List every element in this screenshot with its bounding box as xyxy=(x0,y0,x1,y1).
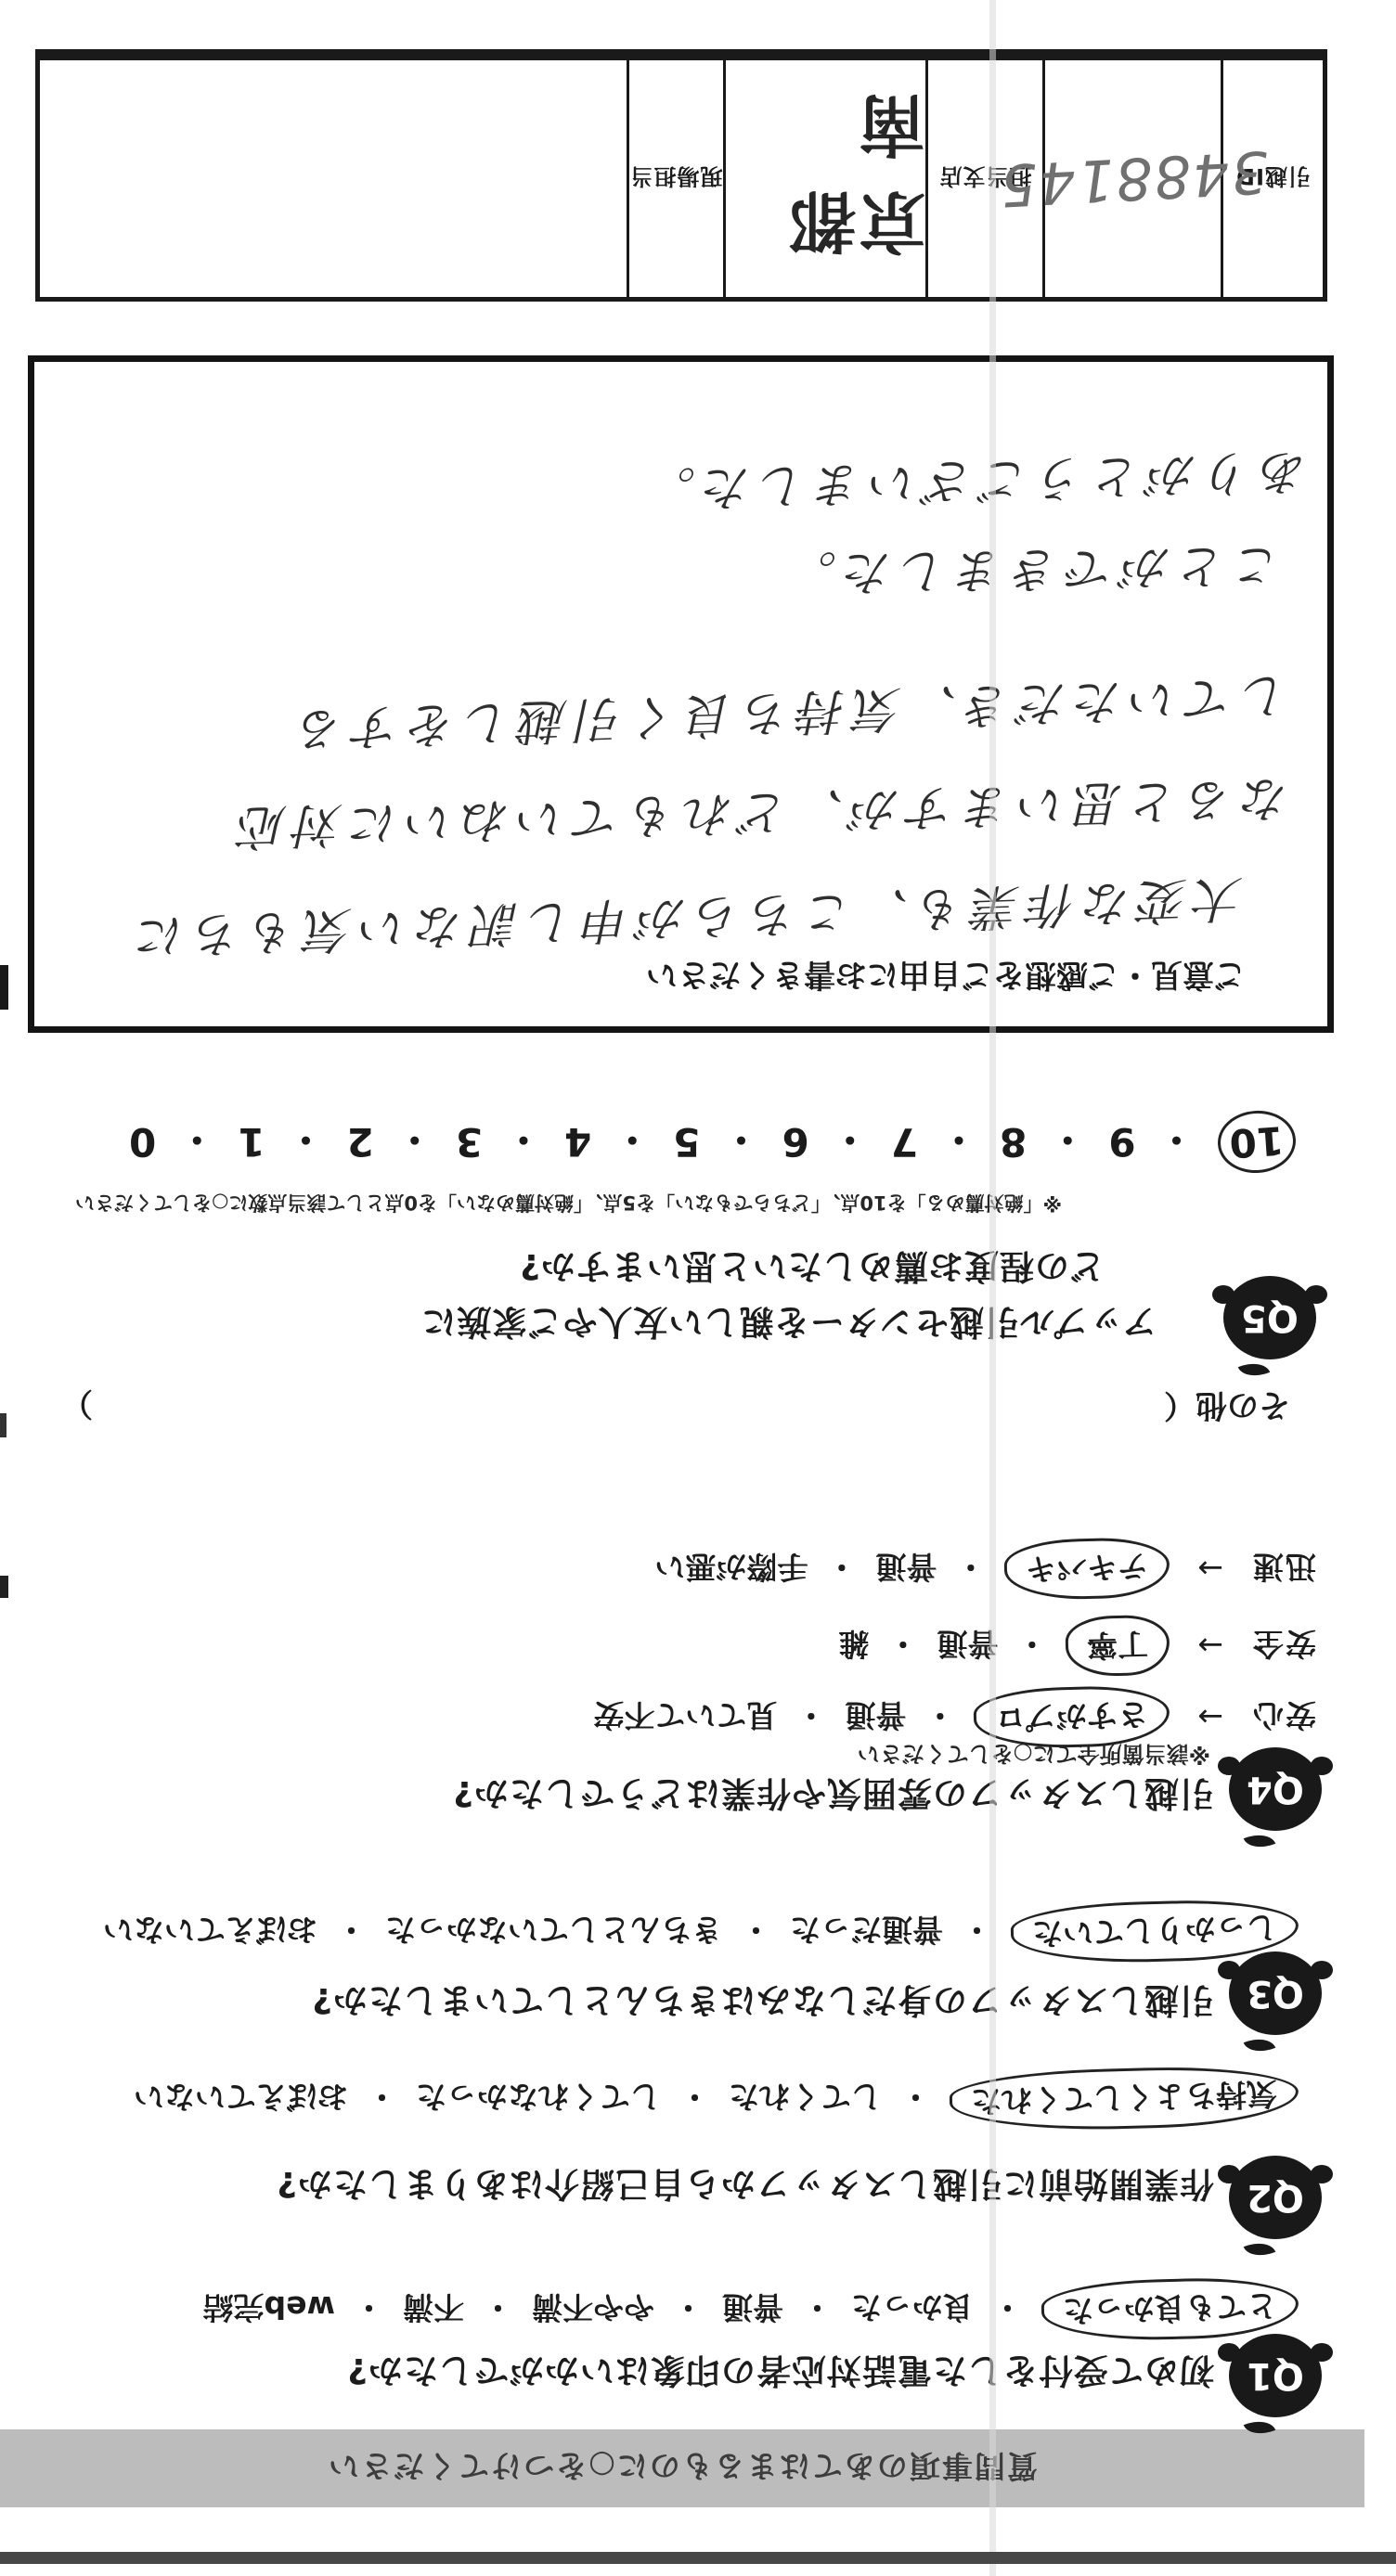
q4-row-label: 安全 xyxy=(1251,1624,1316,1668)
q1-option: web完結 xyxy=(203,2287,336,2331)
separator-dot: ・ xyxy=(741,1910,771,1953)
scan-speck xyxy=(0,1413,6,1437)
q2-selected-option-circle: 気持ちよくしてくれた xyxy=(949,2064,1299,2133)
separator-dot: ・ xyxy=(939,1114,978,1170)
q5-score: 3 xyxy=(456,1119,483,1165)
q4-selected-option-circle: 丁寧 xyxy=(1066,1615,1171,1678)
q4-apple-mascot-badge: Q4 xyxy=(1229,1747,1322,1849)
handwriting-line: していただき、気持ち良く引越しをする xyxy=(289,664,1291,769)
q4-selected-option-circle: テキパキ xyxy=(1004,1537,1171,1602)
q1-options-row: とても良かった ・ 良かった ・ 普通 ・ やや不満 ・ 不満 ・ web完結 xyxy=(203,2279,1299,2339)
q4-option: 手際が悪い xyxy=(654,1547,808,1591)
separator-dot: ・ xyxy=(1157,1114,1196,1170)
q5-badge-label: Q5 xyxy=(1223,1276,1316,1359)
scan-fold-line xyxy=(989,0,996,2576)
q3-badge-label: Q3 xyxy=(1229,1951,1322,2035)
q5-score: 0 xyxy=(129,1119,156,1165)
q5-score: 1 xyxy=(238,1119,265,1165)
separator-dot: ・ xyxy=(336,1910,367,1953)
separator-dot: ・ xyxy=(395,1114,434,1170)
q3-selected-option-circle: しっかりしていた xyxy=(1010,1898,1299,1965)
q3-option: おぼえていない xyxy=(103,1910,317,1953)
move-id-value-cell: 3488145 xyxy=(1042,60,1221,297)
separator-dot: ・ xyxy=(795,1695,826,1739)
q5-apple-mascot-badge: Q5 xyxy=(1223,1276,1316,1378)
q5-score: 5 xyxy=(673,1119,700,1165)
site-manager-label: 現場担当 xyxy=(630,162,723,195)
separator-dot: ・ xyxy=(802,2287,833,2331)
separator-dot: ・ xyxy=(679,2077,710,2120)
q5-score: 8 xyxy=(1000,1119,1027,1165)
branch-stamp-cell: 京都南 xyxy=(723,60,925,297)
separator-dot: ・ xyxy=(1016,1624,1047,1668)
site-manager-blank-cell xyxy=(40,60,627,297)
scan-speck xyxy=(0,965,8,1010)
q4-row-label: 安心 xyxy=(1251,1695,1316,1739)
q5-score: 6 xyxy=(782,1119,809,1165)
separator-dot: ・ xyxy=(287,1114,326,1170)
q5-note: ※「絶対薦める」を10点、「どちらでもない」を5点、「絶対薦めない」を0点として… xyxy=(75,1190,1062,1217)
q3-question-text: 引越しスタッフの身だしなみはきちんとしていましたか? xyxy=(312,1978,1214,2029)
separator-dot: ・ xyxy=(367,2077,397,2120)
q5-question-line2: どの程度お薦めしたいと思いますか? xyxy=(520,1244,1105,1294)
separator-dot: ・ xyxy=(826,1547,857,1591)
q5-score: 2 xyxy=(347,1119,374,1165)
instruction-banner: 質問事項のあてはまるものに○をつけてください xyxy=(0,2429,1364,2507)
questionnaire-sheet-rotated-180: 質問事項のあてはまるものに○をつけてください Q1 初めて受付をした電話対応者の… xyxy=(0,0,1396,2576)
separator-dot: ・ xyxy=(955,1547,986,1591)
comment-box-heading: ご意見・ご感想をご自由にお書きください xyxy=(646,955,1246,1000)
separator-dot: ・ xyxy=(722,1114,761,1170)
q1-apple-mascot-badge: Q1 xyxy=(1229,2334,1322,2436)
scan-speck xyxy=(0,1576,8,1598)
q5-score-row: 10 ・ 9 ・ 8 ・ 7 ・ 6 ・ 5 ・ 4 ・ 3 ・ 2 ・ 1 ・… xyxy=(129,1111,1296,1173)
separator-dot: ・ xyxy=(831,1114,870,1170)
q4-option: 雑 xyxy=(838,1624,869,1668)
separator-dot: ・ xyxy=(962,1910,992,1953)
q1-badge-label: Q1 xyxy=(1229,2334,1322,2417)
q3-option: きちんとしていなかった xyxy=(385,1910,722,1953)
q5-score: 4 xyxy=(564,1119,591,1165)
q4-row-anzen: 安全 → 丁寧 ・ 普通 ・ 雑 xyxy=(838,1616,1316,1676)
q1-selected-option-circle: とても良かった xyxy=(1041,2275,1299,2342)
apple-leaf-icon xyxy=(1244,2236,1276,2262)
comment-box: ご意見・ご感想をご自由にお書きください 大変な作業も、こちらが申し訳ない気もちに… xyxy=(28,355,1334,1033)
separator-dot: ・ xyxy=(177,1114,216,1170)
move-id-handwritten-value: 3488145 xyxy=(997,137,1270,219)
q5-score: 9 xyxy=(1108,1119,1135,1165)
separator-dot: ・ xyxy=(887,1624,918,1668)
q4-row-label: 迅速 xyxy=(1251,1547,1316,1591)
q5-question-line1: アップル引越センターを親しい友人やご家族に xyxy=(421,1300,1157,1350)
q4-row-jinsoku: 迅速 → テキパキ ・ 普通 ・ 手際が悪い xyxy=(654,1539,1316,1599)
q3-option: 普通だった xyxy=(790,1910,943,1953)
apple-leaf-icon xyxy=(1244,2032,1276,2058)
apple-leaf-icon xyxy=(1244,1828,1276,1854)
q5-score: 7 xyxy=(891,1119,918,1165)
q4-other-close-paren: ） xyxy=(61,1384,93,1429)
q4-badge-label: Q4 xyxy=(1229,1747,1322,1831)
q2-options-row: 気持ちよくしてくれた ・ してくれた ・ してくれなかった ・ おぼえていない xyxy=(134,2068,1299,2129)
q2-apple-mascot-badge: Q2 xyxy=(1229,2156,1322,2258)
separator-dot: ・ xyxy=(900,2077,931,2120)
scanned-survey-page: { "ui": { "arrow": "→", "separator": "・"… xyxy=(0,0,1396,2576)
q4-option: 普通 xyxy=(845,1695,906,1739)
q2-badge-label: Q2 xyxy=(1229,2156,1322,2239)
q2-option: してくれなかった xyxy=(416,2077,661,2120)
q2-question-text: 作業開始前に引越しスタッフから自己紹介はありましたか? xyxy=(277,2162,1214,2212)
handwriting-line: ありがとうございました。 xyxy=(640,441,1310,529)
q2-option: してくれた xyxy=(729,2077,882,2120)
q4-question-text: 引越しスタッフの雰囲気や作業はどうでしたか? xyxy=(453,1771,1214,1822)
separator-dot: ・ xyxy=(673,2287,704,2331)
page-edge-shadow xyxy=(0,2552,1396,2564)
separator-dot: ・ xyxy=(504,1114,543,1170)
q3-options-row: しっかりしていた ・ 普通だった ・ きちんとしていなかった ・ おぼえていない xyxy=(103,1901,1299,1962)
apple-leaf-icon xyxy=(1238,1357,1271,1383)
arrow-icon: → xyxy=(1197,1551,1223,1587)
separator-dot: ・ xyxy=(1048,1114,1087,1170)
q4-option: 見ていて不安 xyxy=(593,1695,777,1739)
q5-selected-score-circle: 10 xyxy=(1215,1108,1298,1176)
q1-option: 良かった xyxy=(851,2287,974,2331)
q3-apple-mascot-badge: Q3 xyxy=(1229,1951,1322,2054)
site-manager-label-cell: 現場担当 xyxy=(627,60,723,297)
q1-option: 普通 xyxy=(722,2287,783,2331)
branch-stamp: 京都南 xyxy=(726,83,925,276)
q4-row-anshin: 安心 → さすがプロ ・ 普通 ・ 見ていて不安 xyxy=(593,1687,1316,1747)
arrow-icon: → xyxy=(1197,1628,1223,1664)
q1-question-text: 初めて受付をした電話対応者の印象はいかがでしたか? xyxy=(347,2349,1214,2399)
separator-dot: ・ xyxy=(613,1114,652,1170)
separator-dot: ・ xyxy=(354,2287,384,2331)
arrow-icon: → xyxy=(1197,1699,1223,1735)
q2-option: おぼえていない xyxy=(134,2077,348,2120)
separator-dot: ・ xyxy=(924,1695,955,1739)
separator-dot: ・ xyxy=(483,2287,513,2331)
q1-option: 不満 xyxy=(403,2287,464,2331)
q4-other-label: その他（ xyxy=(1164,1385,1290,1431)
separator-dot: ・ xyxy=(992,2287,1023,2331)
q4-option: 普通 xyxy=(875,1547,937,1591)
handwriting-line: ことができました。 xyxy=(781,535,1283,612)
q1-option: やや不満 xyxy=(532,2287,654,2331)
q4-selected-option-circle: さすがプロ xyxy=(974,1684,1171,1750)
header-id-table: 引越ID 3488145 担当支店 京都南 現場担当 xyxy=(35,49,1327,302)
handwriting-line: なると思いますが、どれもていねいに対応 xyxy=(231,767,1291,867)
